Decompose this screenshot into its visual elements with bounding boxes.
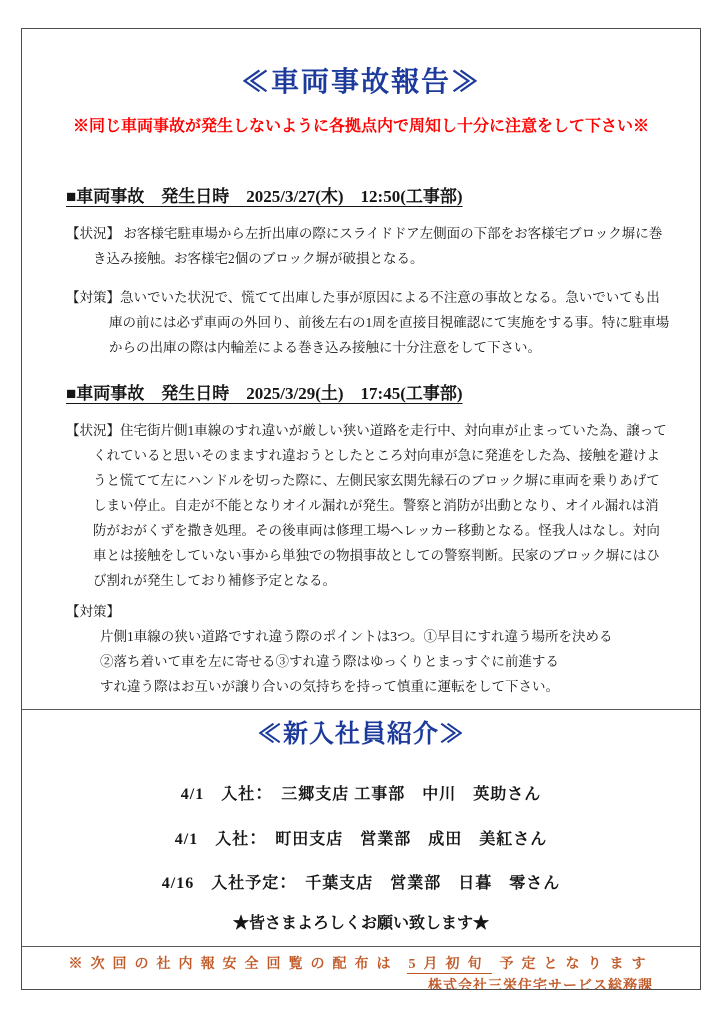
accident-section-2: ■車両事故 発生日時 2025/3/29(土) 17:45(工事部) 【状況】住… bbox=[50, 382, 672, 699]
footer-notice-prefix: ※次回の社内報安全回覧の配布は bbox=[69, 957, 399, 972]
measure-label: 【対策】 bbox=[66, 290, 120, 305]
newcomer-entry-3: 4/16 入社予定： 千葉支店 営業部 日暮 零さん bbox=[50, 873, 672, 895]
document-page: ≪車両事故報告≫ ※同じ車両事故が発生しないように各拠点内で周知し十分に注意をし… bbox=[21, 28, 701, 990]
accident-1-measure: 【対策】急いでいた状況で、慌てて出庫した事が原因による不注意の事故となる。急いで… bbox=[66, 285, 672, 360]
company-signature: 株式会社三栄住宅サービス総務課 bbox=[50, 978, 653, 990]
newcomers-heading: ≪新入社員紹介≫ bbox=[50, 720, 672, 750]
accident-2-measure-label: 【対策】 bbox=[66, 599, 672, 624]
newcomer-entry-2: 4/1 入社： 町田支店 営業部 成田 美紅さん bbox=[50, 829, 672, 851]
accident-1-heading: ■車両事故 発生日時 2025/3/27(木) 12:50(工事部) bbox=[66, 185, 672, 209]
measure-text: 急いでいた状況で、慌てて出庫した事が原因による不注意の事故となる。急いでいても出… bbox=[109, 290, 669, 355]
accident-2-situation: 【状況】住宅街片側1車線のすれ違いが厳しい狭い道路を走行中、対向車が止まっていた… bbox=[66, 418, 672, 593]
situation-text: 住宅街片側1車線のすれ違いが厳しい狭い道路を走行中、対向車が止まっていた為、譲っ… bbox=[93, 423, 667, 588]
accident-section-1: ■車両事故 発生日時 2025/3/27(木) 12:50(工事部) 【状況】 … bbox=[50, 185, 672, 360]
accident-2-measure-line-1: 片側1車線の狭い道路ですれ違う際のポイントは3つ。①早目にすれ違う場所を決める bbox=[100, 624, 672, 649]
report-title: ≪車両事故報告≫ bbox=[50, 67, 672, 99]
footer-notice: ※次回の社内報安全回覧の配布は5月初旬予定となります bbox=[50, 955, 672, 975]
situation-text: お客様宅駐車場から左折出庫の際にスライドドア左側面の下部をお客様宅ブロック塀に巻… bbox=[93, 226, 662, 266]
accident-2-measure-line-2: ②落ち着いて車を左に寄せる③すれ違う際はゆっくりとまっすぐに前進する bbox=[100, 649, 672, 674]
warning-banner: ※同じ車両事故が発生しないように各拠点内で周知し十分に注意をして下さい※ bbox=[50, 115, 672, 139]
newcomer-entry-1: 4/1 入社： 三郷支店 工事部 中川 英助さん bbox=[50, 784, 672, 806]
accident-2-measure-line-3: すれ違う際はお互いが譲り合いの気持ちを持って慎重に運転をして下さい。 bbox=[100, 674, 672, 699]
accident-2-heading: ■車両事故 発生日時 2025/3/29(土) 17:45(工事部) bbox=[66, 382, 672, 406]
situation-label: 【状況】 bbox=[66, 423, 120, 438]
footer-divider bbox=[22, 946, 700, 947]
section-divider bbox=[22, 709, 700, 710]
closing-note: ★皆さまよろしくお願い致します★ bbox=[50, 913, 672, 935]
footer-notice-highlight: 5月初旬 bbox=[407, 957, 492, 974]
situation-label: 【状況】 bbox=[66, 226, 120, 241]
footer: ※次回の社内報安全回覧の配布は5月初旬予定となります 株式会社三栄住宅サービス総… bbox=[50, 955, 672, 990]
footer-notice-suffix: 予定となります bbox=[500, 957, 654, 972]
newcomers-section: ≪新入社員紹介≫ 4/1 入社： 三郷支店 工事部 中川 英助さん 4/1 入社… bbox=[50, 720, 672, 935]
accident-1-situation: 【状況】 お客様宅駐車場から左折出庫の際にスライドドア左側面の下部をお客様宅ブロ… bbox=[66, 221, 672, 271]
